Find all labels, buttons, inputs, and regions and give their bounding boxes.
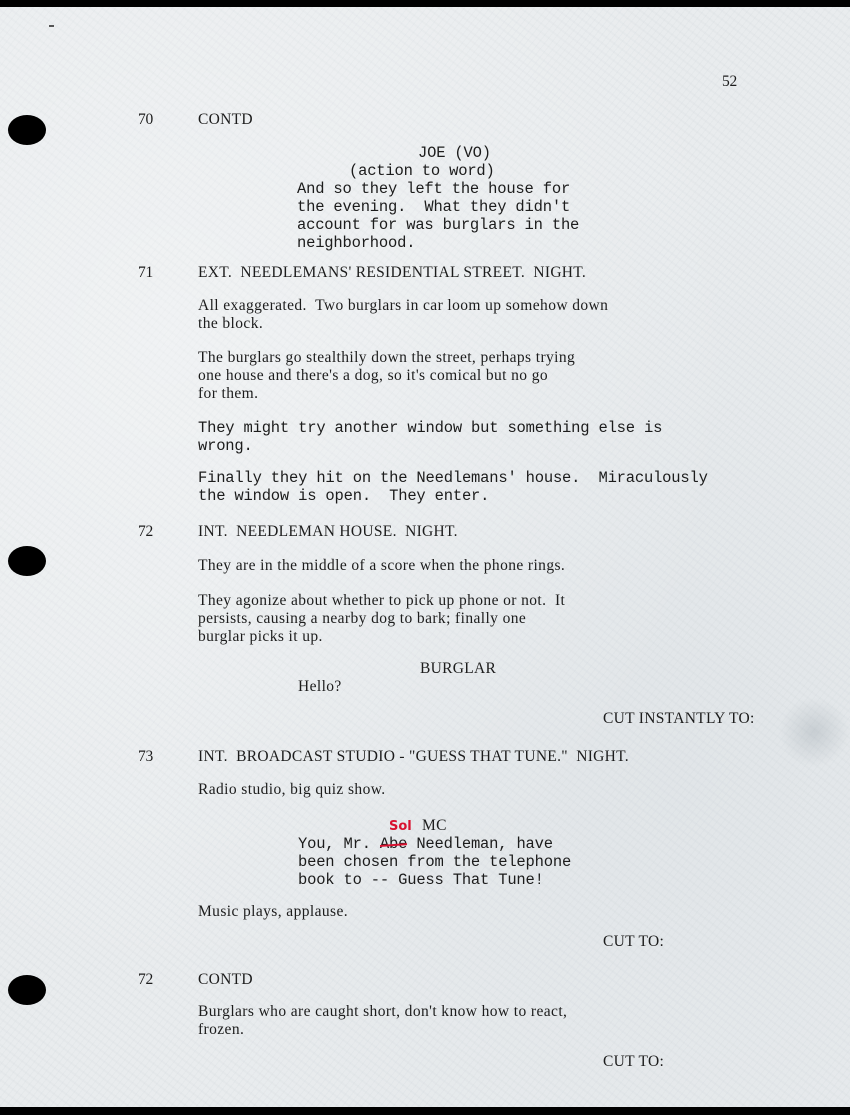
scene-heading-72-contd: CONTD xyxy=(198,971,253,989)
action-line: persists, causing a nearby dog to bark; … xyxy=(198,610,526,628)
struck-name: Abe xyxy=(380,835,407,853)
scene-number-73: 73 xyxy=(138,748,153,766)
punch-hole-bottom xyxy=(8,975,46,1005)
action-line: one house and there's a dog, so it's com… xyxy=(198,367,548,385)
transition-cut-instantly: CUT INSTANTLY TO: xyxy=(603,710,755,728)
dialogue-post: Needleman, have xyxy=(407,835,553,853)
action-line: Finally they hit on the Needlemans' hous… xyxy=(198,469,708,487)
scan-fleck xyxy=(49,25,54,27)
punch-hole-middle xyxy=(8,546,46,576)
action-line: frozen. xyxy=(198,1021,244,1039)
action-line: for them. xyxy=(198,385,258,403)
action-line: Radio studio, big quiz show. xyxy=(198,781,386,799)
scene-number-72-contd: 72 xyxy=(138,971,153,989)
page-number: 52 xyxy=(722,73,737,91)
dialogue-joe-line: neighborhood. xyxy=(297,234,415,252)
action-line: Burglars who are caught short, don't kno… xyxy=(198,1003,567,1021)
dialogue-burglar: Hello? xyxy=(298,678,342,696)
dialogue-mc-line: been chosen from the telephone xyxy=(298,853,571,871)
scene-heading-73: INT. BROADCAST STUDIO - "GUESS THAT TUNE… xyxy=(198,748,629,766)
dialogue-mc-line: book to -- Guess That Tune! xyxy=(298,871,544,889)
action-line: They are in the middle of a score when t… xyxy=(198,557,565,575)
character-burglar: BURGLAR xyxy=(420,660,496,678)
dialogue-mc-line: You, Mr. Abe Needleman, have xyxy=(298,835,553,853)
transition-cut-to: CUT TO: xyxy=(603,933,664,951)
scene-heading-71: EXT. NEEDLEMANS' RESIDENTIAL STREET. NIG… xyxy=(198,264,586,282)
dialogue-pre: You, Mr. xyxy=(298,835,380,853)
dialogue-joe-line: account for was burglars in the xyxy=(297,216,579,234)
action-line: The burglars go stealthily down the stre… xyxy=(198,349,575,367)
action-line: the block. xyxy=(198,315,263,333)
action-line: burglar picks it up. xyxy=(198,628,323,646)
character-mc: MC xyxy=(422,817,447,835)
action-line: Music plays, applause. xyxy=(198,903,348,921)
scan-smudge xyxy=(778,697,850,767)
handwritten-correction: Sol xyxy=(389,819,412,834)
scene-number-71: 71 xyxy=(138,264,153,282)
action-line: They agonize about whether to pick up ph… xyxy=(198,592,565,610)
dialogue-joe-line: And so they left the house for xyxy=(297,180,570,198)
scene-number-72: 72 xyxy=(138,523,153,541)
parenthetical-joe: (action to word) xyxy=(349,162,495,180)
action-line: the window is open. They enter. xyxy=(198,487,489,505)
transition-cut-to-final: CUT TO: xyxy=(603,1053,664,1071)
action-line: They might try another window but someth… xyxy=(198,419,662,437)
action-line: All exaggerated. Two burglars in car loo… xyxy=(198,297,608,315)
character-joe: JOE (VO) xyxy=(418,144,491,162)
action-line: wrong. xyxy=(198,437,253,455)
scene-heading-70: CONTD xyxy=(198,111,253,129)
punch-hole-top xyxy=(8,115,46,145)
script-page: 52 70 CONTD JOE (VO) (action to word) An… xyxy=(0,7,850,1107)
scene-number-70: 70 xyxy=(138,111,153,129)
scene-heading-72: INT. NEEDLEMAN HOUSE. NIGHT. xyxy=(198,523,458,541)
dialogue-joe-line: the evening. What they didn't xyxy=(297,198,570,216)
